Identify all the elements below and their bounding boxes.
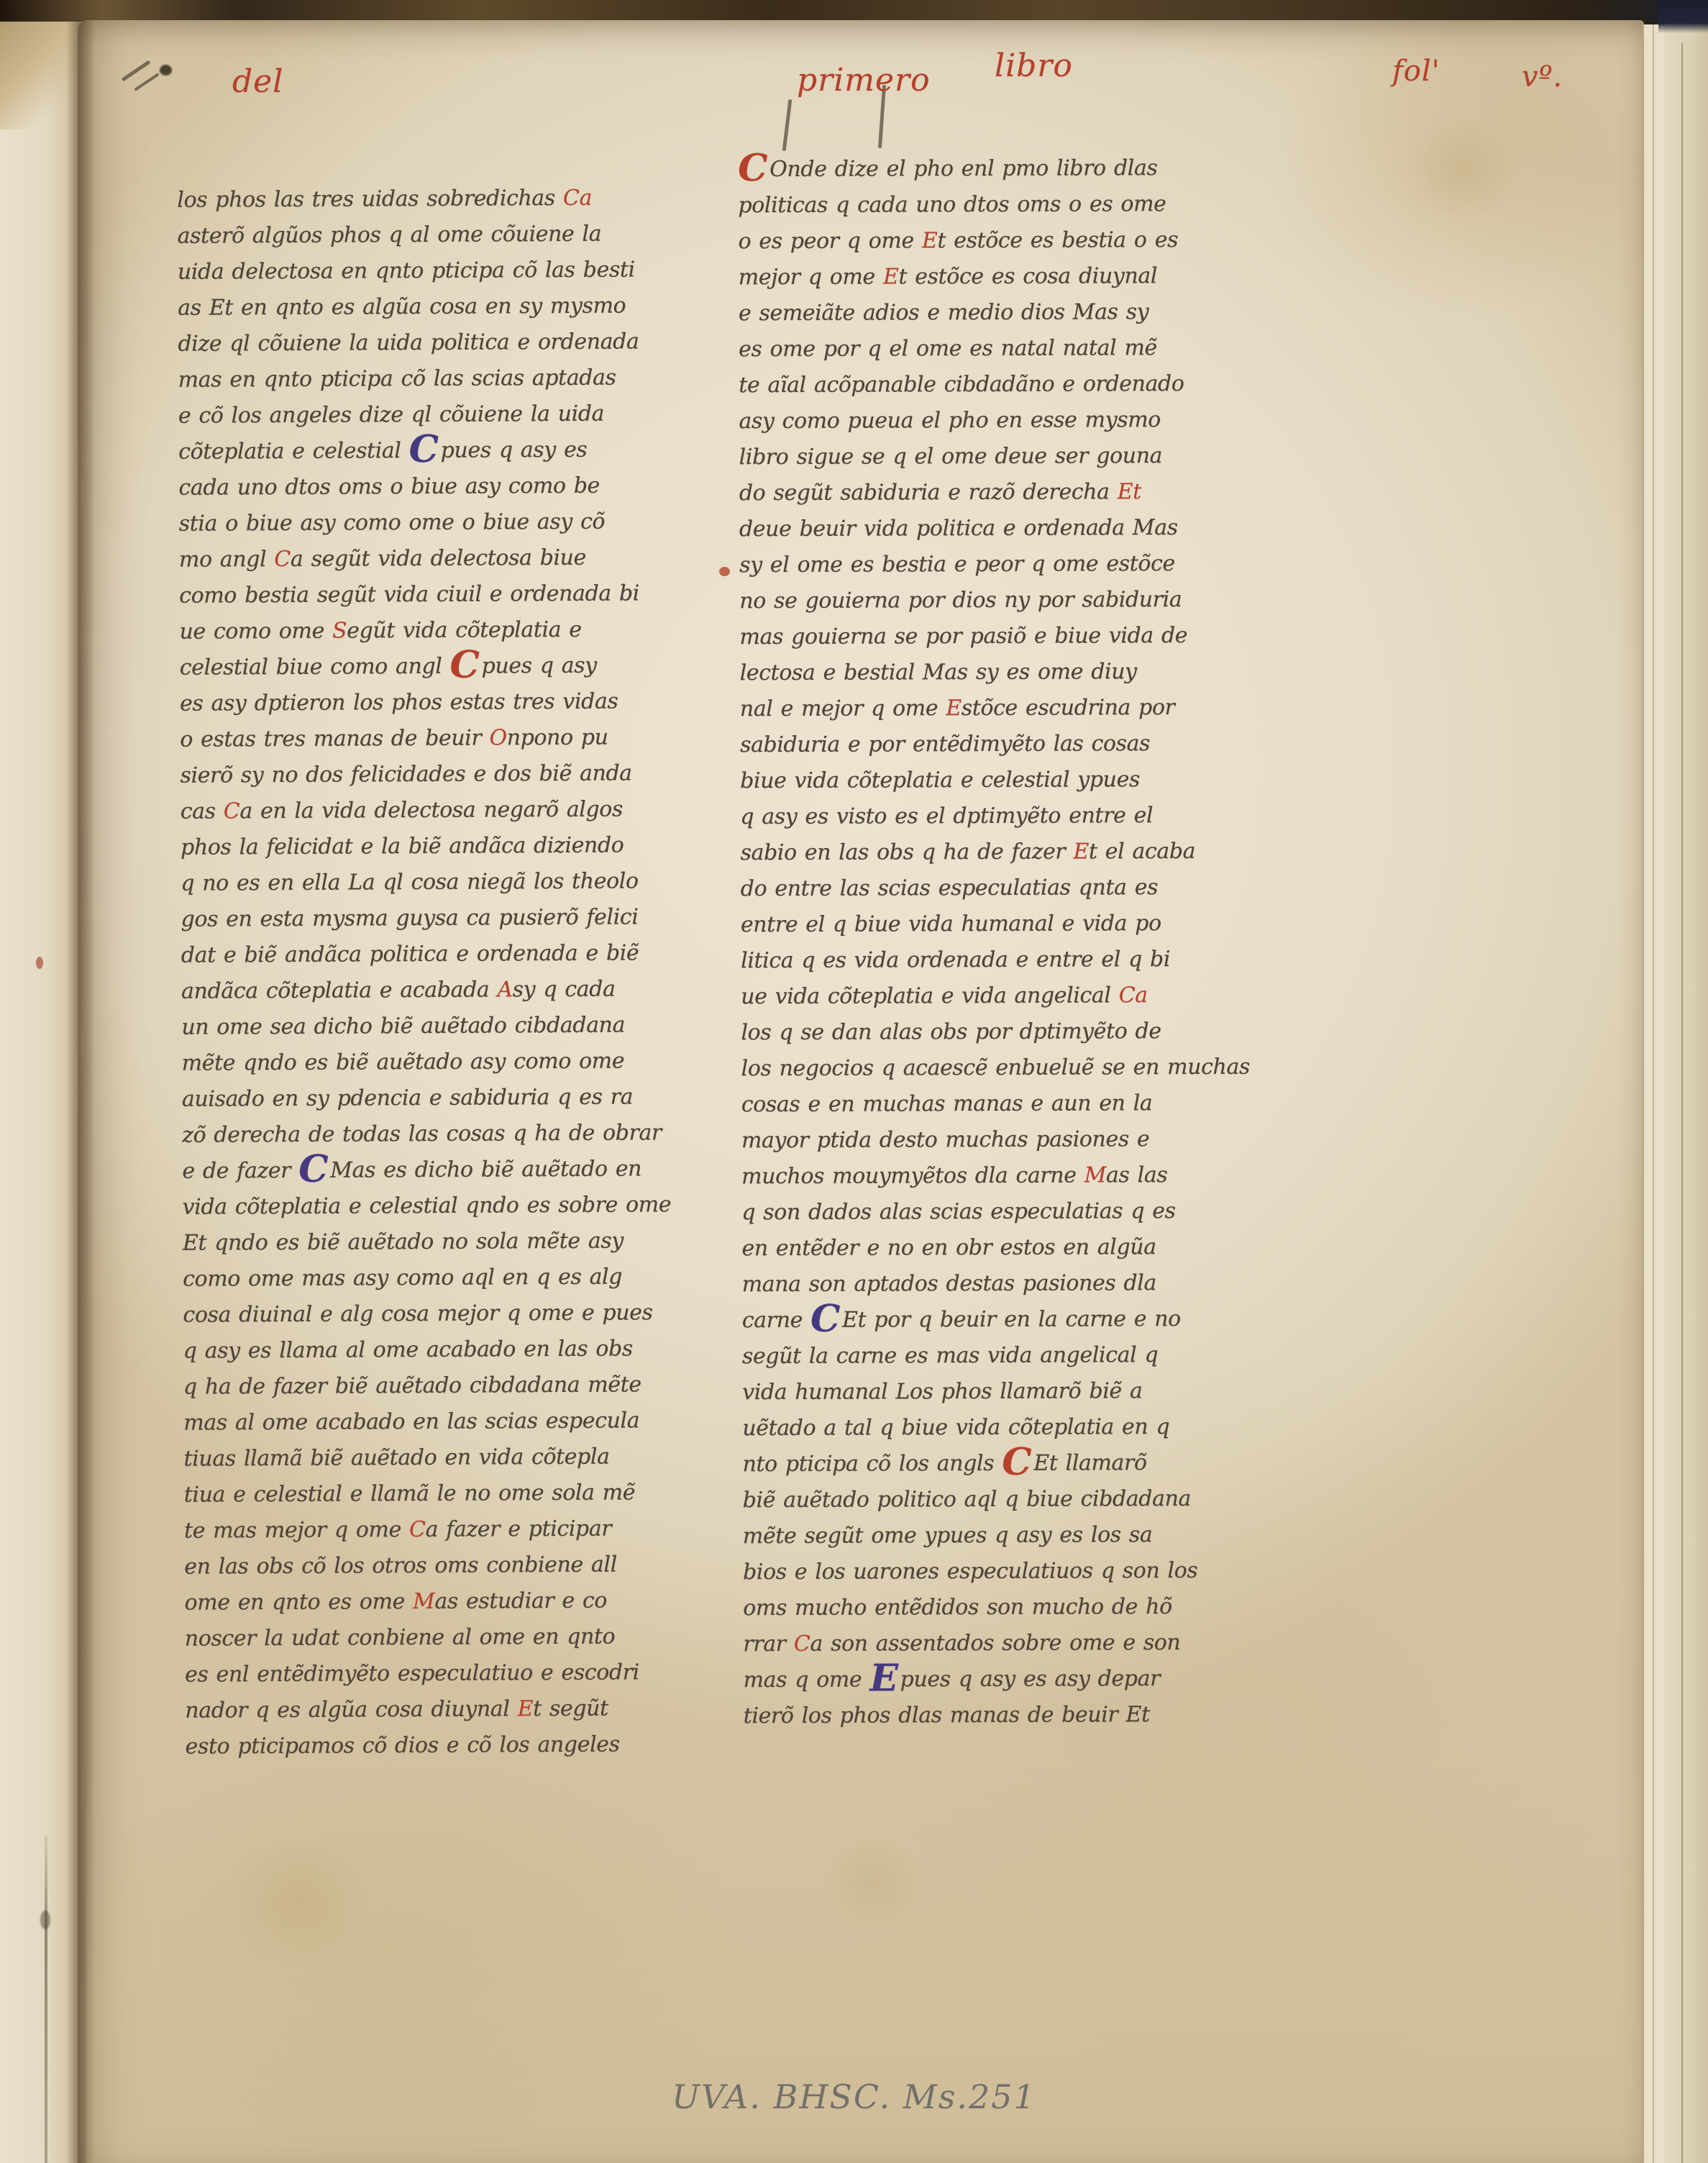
shelfmark-caption: UVA. BHSC. Ms.251 [0,2077,1708,2116]
manuscript-text: q asy es visto es el dptimyẽto entre el [740,803,1153,829]
text-line: nador q es algũa cosa diuynal Et segũt [185,1690,674,1729]
manuscript-text: Et por q beuir en la carne e no [842,1306,1181,1333]
manuscript-text: como bestia segũt vida ciuil e ordenada … [179,580,639,608]
manuscript-text: uẽtado a tal q biue vida cõteplatia en q [742,1414,1169,1441]
manuscript-text: e semeiãte adios e medio dios Mas sy [739,299,1148,326]
manuscript-text: andãca cõteplatia e acabada [181,977,498,1003]
text-line: stia o biue asy como ome o biue asy cõ [179,504,668,542]
manuscript-text: en entẽder e no en obr estos en algũa [741,1234,1156,1261]
text-line: te mas mejor q ome Ca fazer e pticipar [184,1511,673,1549]
manuscript-text: dize ql cõuiene la uida politica e orden… [178,329,639,356]
text-line: deue beuir vida politica e ordenada Mas [739,510,1236,547]
manuscript-text: e de fazer [182,1158,298,1184]
rubricated-initial: E [922,228,938,253]
rubricated-initial: Et [1118,479,1141,504]
text-line: auisado en sy pdencia e sabiduria q es r… [182,1079,671,1118]
text-line: es asy dptieron los phos estas tres vida… [180,683,669,722]
manuscript-text: sabiduria e por entẽdimyẽto las cosas [740,731,1150,757]
text-line: ome en qnto es ome Mas estudiar e co [184,1583,673,1621]
rubricated-initial: C [409,427,439,471]
text-line: entre el q biue vida humanal e vida po [741,906,1237,943]
text-line: cas Ca en la vida delectosa negarõ algos [181,791,670,830]
manuscript-text: mejor q ome [739,265,883,291]
manuscript-text: stia o biue asy como ome o biue asy cõ [179,509,606,537]
text-line: te aĩal acõpanable cibdadãno e ordenado [739,366,1235,404]
manuscript-text: as Et en qnto es algũa cosa en sy mysmo [178,293,626,321]
text-line: q no es en ella La ql cosa niegã los the… [181,863,670,902]
rubricated-initial: E [883,264,899,289]
text-line: cosas e en muchas manas e aun en la [741,1085,1238,1123]
manuscript-text: a en la vida delectosa negarõ algos [239,797,623,824]
manuscript-text: muchos mouymyẽtos dla carne [741,1163,1084,1190]
rubricated-initial: E [946,696,962,721]
manuscript-text: gos en esta mysma guysa ca pusierõ felic… [181,904,639,932]
manuscript-text: zõ derecha de todas las cosas q ha de ob… [182,1120,662,1147]
text-line: do segũt sabiduria e razõ derecha Et [739,474,1236,511]
text-line: biue vida cõteplatia e celestial ypues [740,762,1236,799]
text-line: do entre las scias especulatias qnta es [741,870,1237,907]
text-line: celestial biue como angl Cpues q asy [180,647,669,686]
text-line: los negocios q acaescẽ enbueluẽ se en mu… [741,1049,1238,1087]
manuscript-text: esto pticipamos cõ dios e cõ los angeles [186,1732,620,1759]
manuscript-photo: del primero libro fol' vº. los phos las … [0,0,1708,2163]
manuscript-text: tiua e celestial e llamã le no ome sola … [184,1480,636,1507]
manuscript-text: pues q asy es asy depar [900,1666,1160,1692]
text-line: sy el ome es bestia e peor q ome estõce [739,546,1236,583]
manuscript-text: es enl entẽdimyẽto especulatiuo e escodr… [185,1659,639,1687]
rubricated-initial: C [409,1517,426,1542]
text-line: e semeiãte adios e medio dios Mas sy [739,294,1235,332]
text-line: litica q es vida ordenada e entre el q b… [741,942,1237,979]
running-title-primero: primero [797,62,931,99]
right-text-column: COnde dize el pho enl pmo libro dlaspoli… [738,150,1240,1734]
manuscript-text: litica q es vida ordenada e entre el q b… [741,947,1170,973]
manuscript-text: no se gouierna por dios ny por sabiduria [739,587,1182,614]
manuscript-text: oms mucho entẽdidos son mucho de hõ [743,1594,1172,1621]
text-line: e de fazer CMas es dicho biẽ auẽtado en [182,1151,671,1190]
manuscript-text: cas [181,798,224,824]
manuscript-text: deue beuir vida politica e ordenada Mas [739,515,1178,542]
manuscript-text: t estõce es bestia o es [937,227,1178,253]
text-line: segũt la carne es mas vida angelical q [742,1337,1238,1375]
text-line: dize ql cõuiene la uida politica e orden… [178,324,667,363]
page-fore-edge [1643,24,1666,2163]
manuscript-text: do entre las scias especulatias qnta es [741,875,1158,901]
text-line: dat e biẽ andãca politica e ordenada e b… [181,935,670,974]
manuscript-text: como ome mas asy como aql en q es alg [183,1265,622,1292]
folio-label: fol' [1392,55,1440,88]
text-line: como bestia segũt vida ciuil e ordenada … [179,575,668,614]
text-line: gos en esta mysma guysa ca pusierõ felic… [181,899,670,938]
text-line: los phos las tres uidas sobredichas Ca [177,180,666,219]
text-line: oms mucho entẽdidos son mucho de hõ [743,1589,1239,1626]
manuscript-text: pues q asy es [441,437,588,463]
manuscript-text: te mas mejor q ome [184,1517,409,1544]
manuscript-text: Et qndo es biẽ auẽtado no sola mẽte asy [183,1229,624,1256]
manuscript-text: es ome por q el ome es natal natal mẽ [739,335,1157,362]
manuscript-text: Et llamarõ [1033,1450,1146,1476]
manuscript-text: t segũt [533,1696,608,1722]
text-line: sabio en las obs q ha de fazer Et el aca… [740,834,1236,871]
manuscript-text: ue como ome [179,619,332,645]
text-line: cosa diuinal e alg cosa mejor q ome e pu… [183,1295,672,1334]
manuscript-text: los negocios q acaescẽ enbueluẽ se en mu… [741,1055,1250,1081]
manuscript-text: ue vida cõteplatia e vida angelical [741,983,1119,1009]
text-line: Et qndo es biẽ auẽtado no sola mẽte asy [183,1223,672,1262]
text-line: libro sigue se q el ome deue ser gouna [739,438,1236,475]
text-line: cada uno dtos oms o biue asy como be [178,468,667,506]
text-line: los q se dan alas obs por dptimyẽto de [741,1014,1237,1051]
manuscript-text: carne [742,1308,810,1333]
manuscript-text: ome en qnto es ome [184,1589,413,1616]
text-line: asterõ algũos phos q al ome cõuiene la [178,216,667,255]
manuscript-text: es asy dptieron los phos estas tres vida… [180,689,618,716]
text-line: ue como ome Segũt vida cõteplatia e [179,611,668,650]
ink-smudge [40,1911,50,1929]
text-line: tiuas llamã biẽ auẽtado en vida cõtepla [183,1439,672,1477]
manuscript-text: mẽte segũt ome ypues q asy es los sa [743,1522,1153,1549]
text-line: vida cõteplatia e celestial qndo es sobr… [183,1187,672,1226]
text-line: sabiduria e por entẽdimyẽto las cosas [740,726,1236,763]
manuscript-text: Onde dize el pho enl pmo libro dlas [769,155,1157,182]
manuscript-text: un ome sea dicho biẽ auẽtado cibdadana [181,1013,625,1040]
manuscript-text: mas gouierna se por pasiõ e biue vida de [739,623,1187,650]
running-title-libro: libro [995,47,1073,84]
manuscript-text: a fazer e pticipar [426,1516,612,1542]
rubricated-initial: O [489,725,506,750]
manuscript-text: vida humanal Los phos llamarõ biẽ a [742,1378,1142,1405]
folio-number: vº. [1522,60,1563,94]
manuscript-text: biẽ auẽtado politico aql q biue cibdadan… [743,1486,1191,1513]
manuscript-text: en las obs cõ los otros oms conbiene all [184,1552,617,1580]
manuscript-text: cõteplatia e celestial [178,438,409,465]
rubricated-initial: C [274,547,291,572]
rubricated-initial: C [449,643,479,687]
manuscript-text: mo angl [179,547,275,573]
manuscript-text: bios e los uarones especulatiuos q son l… [743,1558,1197,1585]
manuscript-text: a son assentados sobre ome e son [810,1630,1180,1657]
manuscript-text: egũt vida cõteplatia e [347,617,582,644]
text-line: rrar Ca son assentados sobre ome e son [743,1625,1239,1662]
rubricated-initial: S [332,619,347,644]
manuscript-text: politicas q cada uno dtos oms o es ome [738,191,1166,218]
manuscript-text: mas q ome [744,1667,870,1693]
manuscript-text: a segũt vida delectosa biue [291,545,586,572]
text-line: sierõ sy no dos felicidades e dos biẽ an… [180,755,669,794]
manuscript-text: dat e biẽ andãca politica e ordenada e b… [181,940,639,967]
manuscript-text: nador q es algũa cosa diuynal [185,1696,517,1723]
text-line: o es peor q ome Et estõce es bestia o es [739,222,1235,260]
text-line: q asy es llama al ome acabado en las obs [183,1331,672,1370]
manuscript-text: q son dados alas scias especulatias q es [741,1198,1175,1225]
fore-edge-crease [1653,24,1654,2163]
manuscript-text: los phos las tres uidas sobredichas [177,186,563,213]
text-line: q son dados alas scias especulatias q es [741,1193,1238,1231]
text-line: es enl entẽdimyẽto especulatiuo e escodr… [185,1654,674,1693]
text-line: o estas tres manas de beuir Onpono pu [180,719,669,758]
manuscript-text: npono pu [507,725,608,751]
rubricated-initial: E [1073,839,1089,865]
rubricated-initial: M [413,1589,435,1614]
manuscript-text: auisado en sy pdencia e sabiduria q es r… [182,1084,633,1111]
text-line: en entẽder e no en obr estos en algũa [741,1229,1238,1267]
rubricated-initial: Ca [1119,983,1148,1008]
rubricated-initial: C [810,1297,840,1341]
manuscript-text: mas en qnto pticipa cõ las scias aptadas [178,365,616,393]
running-title-del: del [232,63,283,100]
text-line: mas en qnto pticipa cõ las scias aptadas [178,360,667,399]
text-line: carne CEt por q beuir en la carne e no [742,1301,1238,1339]
text-line: vida humanal Los phos llamarõ biẽ a [742,1373,1238,1411]
text-line: en las obs cõ los otros oms conbiene all [184,1547,673,1585]
manuscript-text: t estõce es cosa diuynal [898,263,1157,289]
manuscript-text: cosas e en muchas manas e aun en la [741,1090,1153,1117]
manuscript-text: stõce escudrina por [962,695,1175,721]
rubricated-initial: E [869,1656,898,1700]
text-line: politicas q cada uno dtos oms o es ome [738,186,1234,224]
left-text-column: los phos las tres uidas sobredichas Caas… [177,180,675,1765]
manuscript-text: celestial biue como angl [180,654,450,680]
manuscript-text: segũt la carne es mas vida angelical q [742,1342,1158,1369]
manuscript-text: e cõ los angeles dize ql cõuiene la uida [178,401,604,429]
manuscript-text: cada uno dtos oms o biue asy como be [178,473,600,501]
text-line: andãca cõteplatia e acabada Asy q cada [181,971,670,1010]
manuscript-text: sierõ sy no dos felicidades e dos biẽ an… [180,760,631,788]
manuscript-text: o estas tres manas de beuir [180,726,489,752]
manuscript-text: q no es en ella La ql cosa niegã los the… [181,868,638,896]
rubricated-initial: Ca [563,186,592,211]
rubricated-initial: C [298,1147,328,1191]
underlying-page-edge [1664,22,1708,2163]
manuscript-text: do segũt sabiduria e razõ derecha [739,479,1118,506]
manuscript-text: tiuas llamã biẽ auẽtado en vida cõtepla [183,1444,609,1472]
manuscript-text: phos la felicidat e la biẽ andãca dizien… [181,833,624,860]
text-line: muchos mouymyẽtos dla carne Mas las [741,1157,1238,1195]
text-line: nto pticipa cõ los angls CEt llamarõ [742,1445,1238,1483]
text-line: q asy es visto es el dptimyẽto entre el [740,798,1236,835]
manuscript-text: mẽte qndo es biẽ auẽtado asy como ome [182,1049,625,1076]
manuscript-text: libro sigue se q el ome deue ser gouna [739,443,1163,470]
manuscript-text: tierõ los phos dlas manas de beuir Et [744,1702,1150,1729]
text-line: como ome mas asy como aql en q es alg [183,1259,672,1298]
manuscript-text: entre el q biue vida humanal e vida po [741,911,1161,937]
manuscript-text: q ha de fazer biẽ auẽtado cibdadana mẽte [183,1372,641,1399]
manuscript-text: q asy es llama al ome acabado en las obs [183,1336,633,1364]
manuscript-text: mayor ptida desto muchas pasiones e [741,1126,1149,1153]
text-line: mẽte qndo es biẽ auẽtado asy como ome [182,1043,671,1082]
text-line: no se gouierna por dios ny por sabiduria [739,582,1236,619]
text-line: mas q ome Epues q asy es asy depar [743,1661,1239,1698]
manuscript-text: mana son aptados destas pasiones dla [742,1270,1156,1297]
manuscript-text: uida delectosa en qnto pticipa cõ las be… [178,257,635,284]
manuscript-text: sabio en las obs q ha de fazer [741,839,1074,866]
manuscript-text: as las [1106,1162,1167,1188]
text-line: mas gouierna se por pasiõ e biue vida de [739,618,1236,655]
manuscript-text: rrar [743,1631,794,1657]
text-line: uida delectosa en qnto pticipa cõ las be… [178,252,667,291]
text-line: uẽtado a tal q biue vida cõteplatia en q [742,1409,1238,1447]
text-line: lectosa e bestial Mas sy es ome diuy [740,654,1236,691]
manuscript-text: nal e mejor q ome [740,696,946,721]
manuscript-text: cosa diuinal e alg cosa mejor q ome e pu… [183,1300,652,1327]
text-line: mayor ptida desto muchas pasiones e [741,1121,1238,1159]
manuscript-text: Mas es dicho biẽ auẽtado en [330,1156,641,1183]
text-line: asy como pueua el pho en esse mysmo [739,402,1235,440]
text-line: as Et en qnto es algũa cosa en sy mysmo [178,288,667,327]
text-line: esto pticipamos cõ dios e cõ los angeles [186,1726,675,1765]
manuscript-text: t el acaba [1089,839,1195,865]
manuscript-text: biue vida cõteplatia e celestial ypues [740,767,1140,793]
manuscript-text: o es peor q ome [739,228,922,254]
manuscript-text: sy q cada [513,977,616,1003]
text-line: cõteplatia e celestial Cpues q asy es [178,432,667,470]
rubricated-initial: A [497,977,512,1002]
text-line: bios e los uarones especulatiuos q son l… [743,1553,1239,1590]
text-line: q ha de fazer biẽ auẽtado cibdadana mẽte [183,1367,672,1406]
manuscript-text: asterõ algũos phos q al ome cõuiene la [178,222,602,249]
text-line: tierõ los phos dlas manas de beuir Et [744,1697,1240,1734]
text-line: mẽte segũt ome ypues q asy es los sa [743,1517,1239,1554]
text-line: un ome sea dicho biẽ auẽtado cibdadana [181,1007,670,1046]
text-line: mejor q ome Et estõce es cosa diuynal [739,258,1235,296]
text-line: zõ derecha de todas las cosas q ha de ob… [182,1115,671,1154]
rubricated-initial: C [224,798,240,824]
manuscript-text: te aĩal acõpanable cibdadãno e ordenado [739,371,1184,398]
manuscript-text: vida cõteplatia e celestial qndo es sobr… [183,1192,672,1220]
rubricated-initial: C [738,146,767,190]
rubricated-initial: C [794,1631,810,1657]
rubricated-initial: E [518,1696,534,1721]
underlying-page-crease [1681,43,1683,2163]
rubricated-initial: M [1084,1162,1106,1188]
manuscript-text: as estudiar e co [434,1588,607,1614]
text-line: mas al ome acabado en las scias especula [183,1403,672,1442]
manuscript-text: sy el ome es bestia e peor q ome estõce [739,551,1175,578]
text-line: noscer la udat conbiene al ome en qnto [185,1618,674,1657]
rubricated-initial: C [1002,1440,1031,1484]
text-line: mo angl Ca segũt vida delectosa biue [179,539,668,578]
manuscript-text: noscer la udat conbiene al ome en qnto [185,1624,616,1652]
gutter-shadow [66,20,95,2163]
manuscript-text: asy como pueua el pho en esse mysmo [739,407,1161,434]
text-line: es ome por q el ome es natal natal mẽ [739,330,1235,368]
manuscript-text: lectosa e bestial Mas sy es ome diuy [740,659,1137,686]
manuscript-text: nto pticipa cõ los angls [742,1451,1002,1477]
background-corner [1658,0,1708,33]
text-line: phos la felicidat e la biẽ andãca dizien… [181,827,670,866]
manuscript-text: mas al ome acabado en las scias especula [183,1408,639,1435]
manuscript-text: pues q asy [482,653,597,679]
text-line: nal e mejor q ome Estõce escudrina por [740,690,1236,727]
manuscript-text: los q se dan alas obs por dptimyẽto de [741,1019,1161,1045]
text-line: ue vida cõteplatia e vida angelical Ca [741,978,1237,1015]
text-line: biẽ auẽtado politico aql q biue cibdadan… [743,1481,1239,1518]
text-line: tiua e celestial e llamã le no ome sola … [184,1475,673,1513]
text-line: COnde dize el pho enl pmo libro dlas [738,150,1234,188]
